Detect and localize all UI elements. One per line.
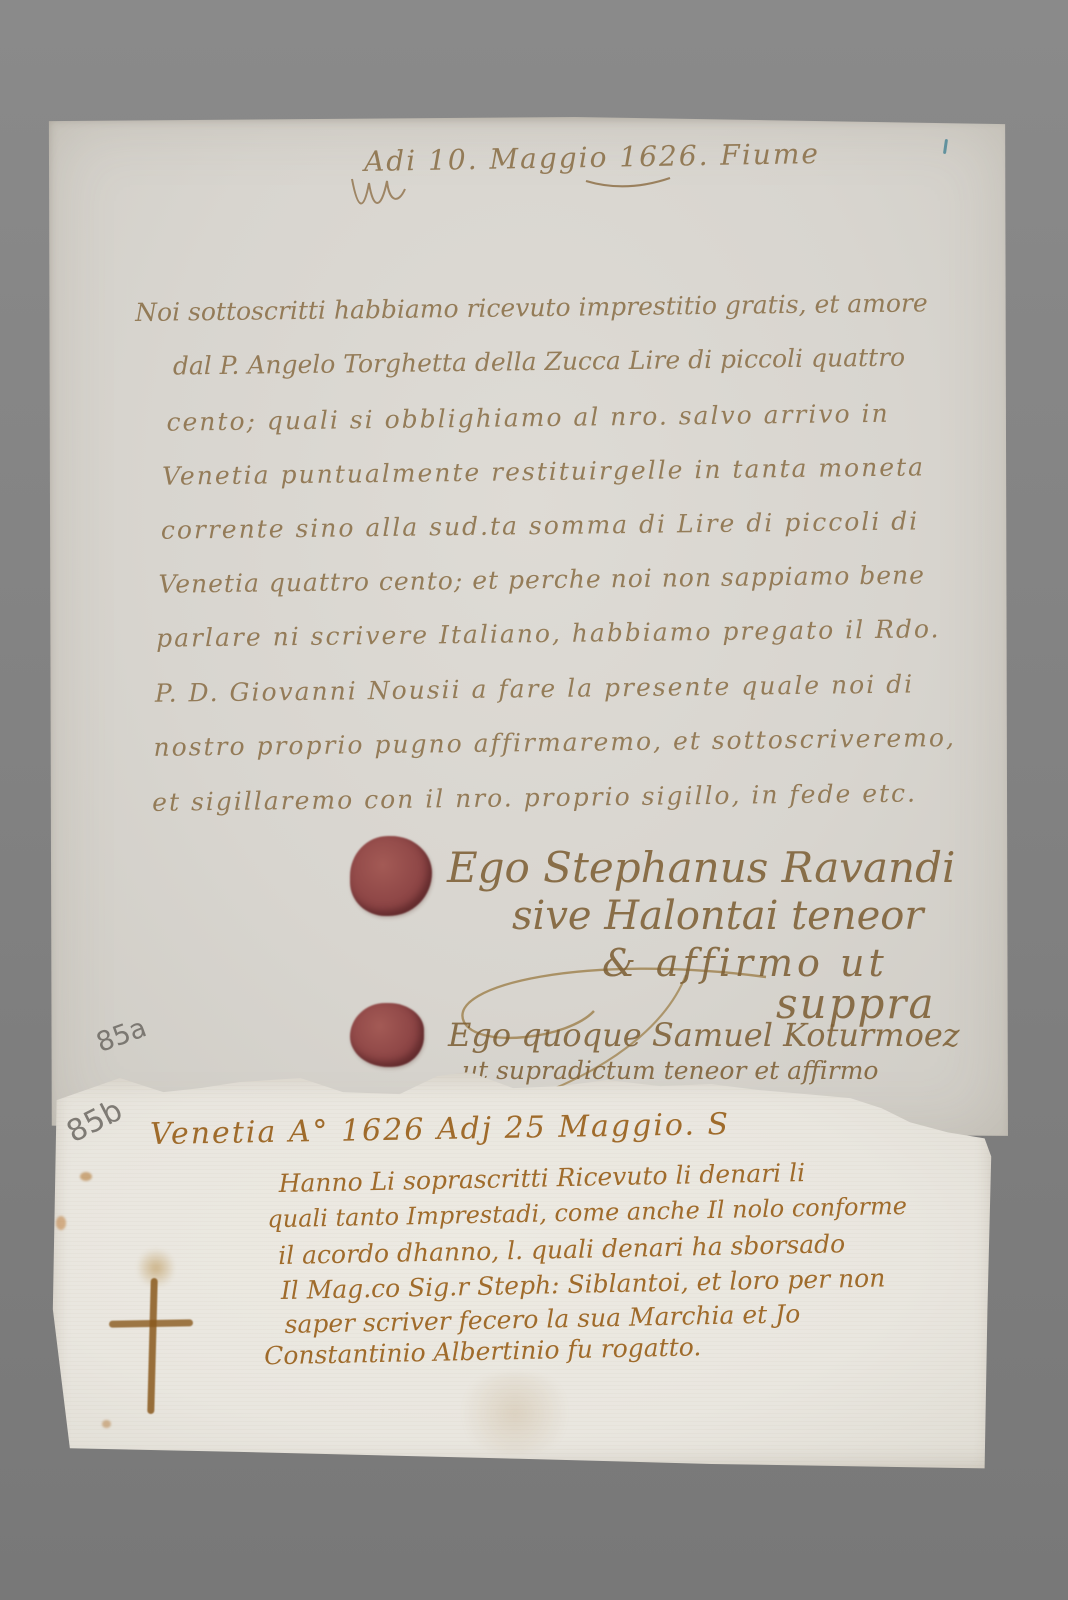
wax-seal-lower [350,1003,424,1067]
letter-line: Venetia puntualmente restituirgelle in t… [162,452,925,490]
letter-line: cento; quali si obblighiamo al nro. salv… [166,399,889,437]
endorsement-line: saper scriver fecero la sua Marchia et J… [284,1299,800,1339]
letter-line: corrente sino alla sud.ta somma di Lire … [161,506,920,544]
letter-line: P. D. Giovanni Nousii a fare la presente… [155,670,915,708]
endorsement-line: quali tanto Imprestadi, come anche Il no… [267,1192,907,1233]
letter-line: parlare ni scrivere Italiano, habbiamo p… [156,614,941,653]
letter-line: et sigillaremo con il nro. proprio sigil… [152,778,917,816]
signature-line: ut supradictum teneor et affirmo [462,1056,878,1085]
endorsement-body: Hanno Li soprascritti Ricevuto li denari… [46,1054,999,1476]
endorsement-line: il acordo dhanno, l. quali denari ha sbo… [278,1229,846,1270]
signature-line: Ego quoque Samuel Koturmoez [448,1016,960,1054]
letter-line: Noi sottoscritti habbiamo ricevuto impre… [135,288,928,327]
letter-line: Venetia quattro cento; et perche noi non… [158,560,925,598]
signature-line: Ego Stephanus Ravandi [447,843,955,892]
endorsement-line: Hanno Li soprascritti Ricevuto li denari… [278,1158,805,1198]
archival-photo: { "photo": { "background_color": "#82828… [0,0,1068,1600]
endorsement-strip: 85b Venetia A° 1626 Adj 25 Maggio. S Han… [50,1068,995,1470]
letter-sheet: Adi 10. Maggio 1626. Fiume Noi sottoscri… [46,117,1008,1140]
signature-line: sive Halontai teneor [512,893,923,939]
letter-line: nostro proprio pugno affirmaremo, et sot… [153,723,956,762]
cross-mark-arm [109,1319,193,1327]
letter-line: dal P. Angelo Torghetta della Zucca Lire… [173,343,906,381]
